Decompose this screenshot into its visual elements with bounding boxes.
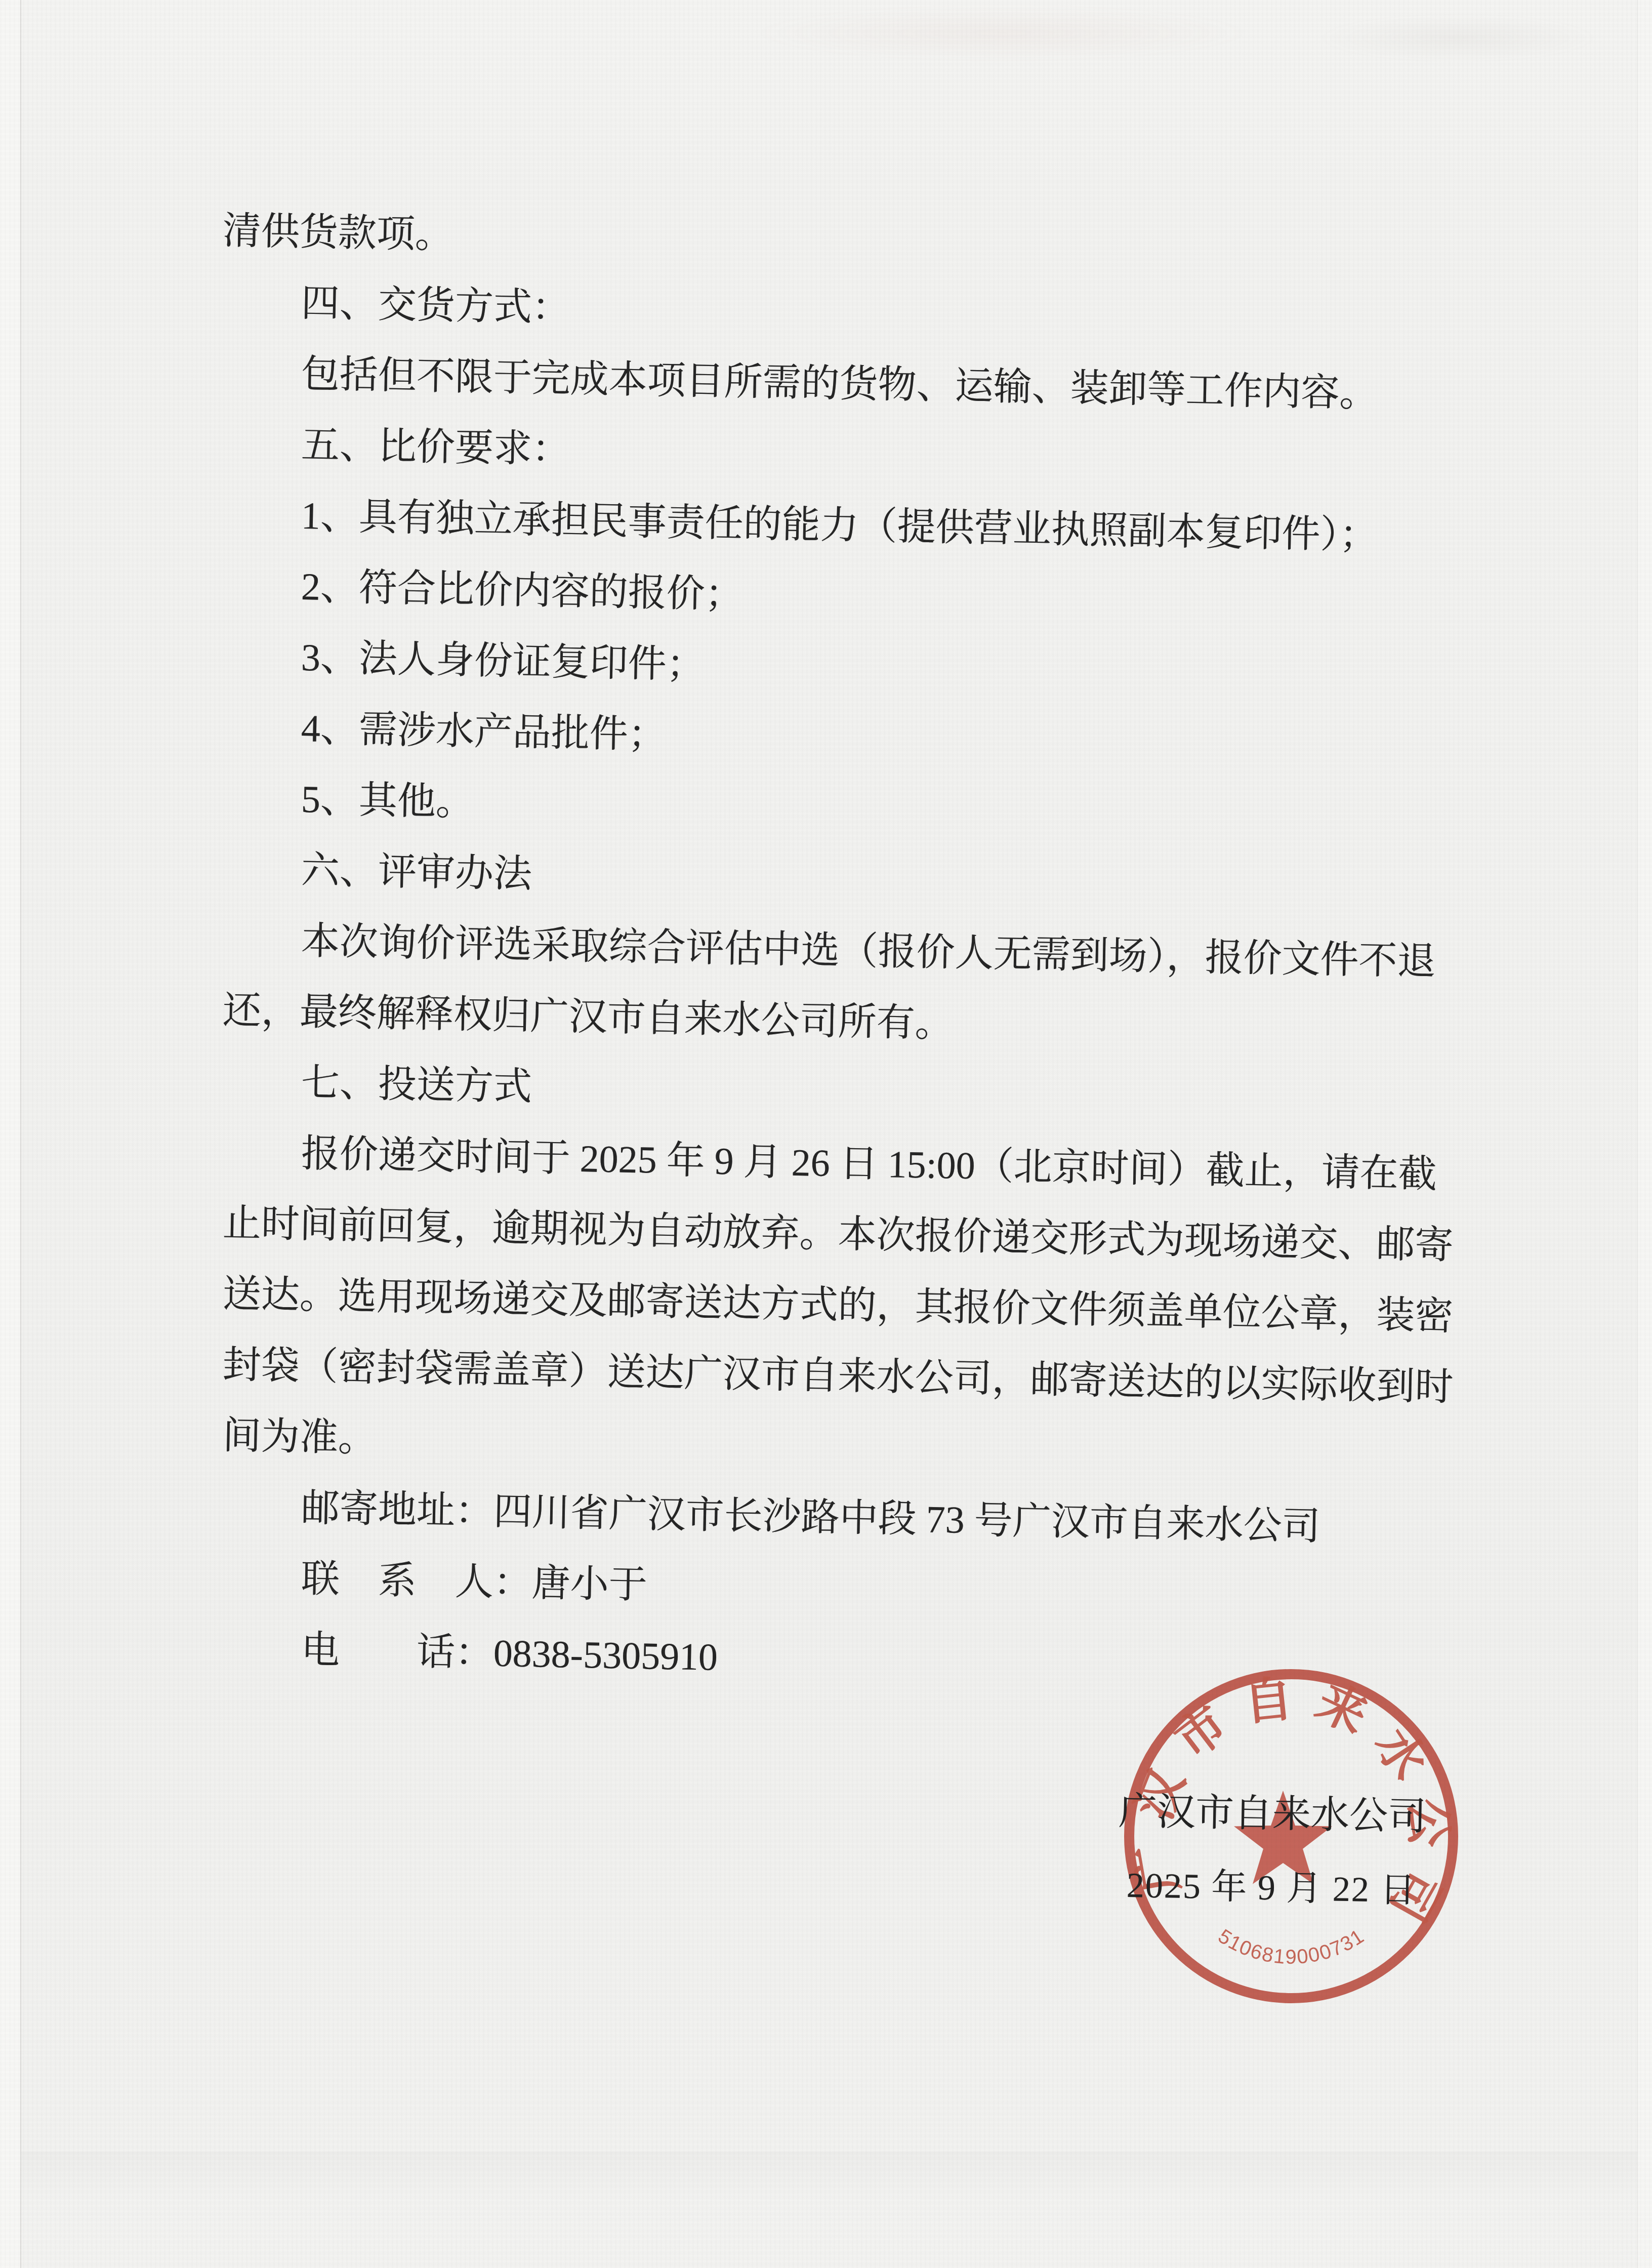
scan-fold-band (20, 2152, 1652, 2268)
scan-left-edge (0, 0, 21, 2268)
scan-bleedthrough-smudge (1316, 15, 1599, 61)
page-background: 清供货款项。 四、交货方式： 包括但不限于完成本项目所需的货物、运输、装卸等工作… (0, 0, 1652, 2268)
scan-right-edge (1637, 0, 1652, 2268)
scanned-document-page: { "doc": { "lines": [ "清供货款项。", "四、交货方式：… (0, 0, 1652, 2268)
signature-company-name: 广汉市自来水公司 (1118, 1776, 1427, 1852)
document-body: 清供货款项。 四、交货方式： 包括但不限于完成本项目所需的货物、运输、装卸等工作… (0, 191, 1652, 1680)
svg-text:5106819000731: 5106819000731 (1214, 1925, 1369, 1968)
signature-date: 2025 年 9 月 22 日 (1126, 1850, 1417, 1926)
scan-bleedthrough-smudge (749, 5, 1255, 61)
seal-code: 5106819000731 (1214, 1925, 1369, 1968)
